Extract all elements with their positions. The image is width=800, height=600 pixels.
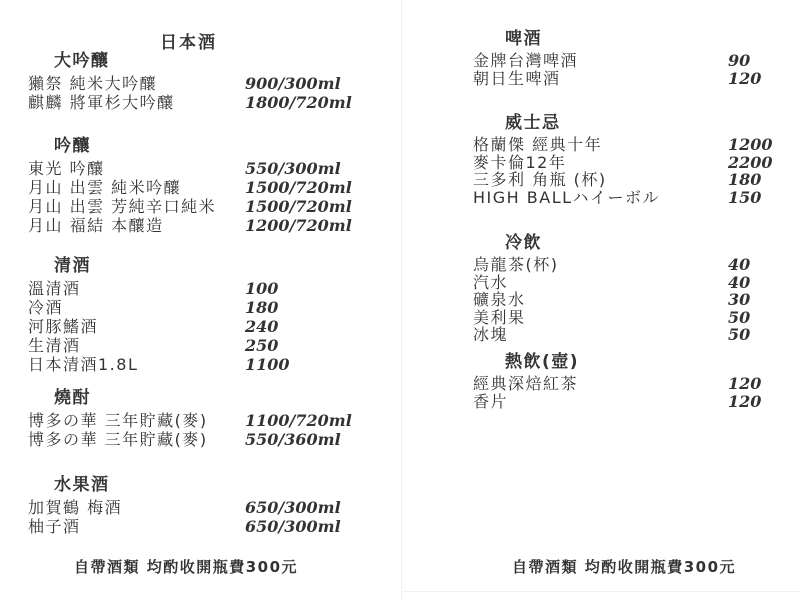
item-name: 月山 出雲 純米吟釀 — [28, 178, 181, 197]
menu-item-row: 東光 吟釀 550/300ml — [0, 159, 401, 178]
item-price: 1200 — [728, 136, 773, 154]
item-name: 日本清酒1.8L — [28, 355, 138, 374]
item-name: 金牌台灣啤酒 — [473, 52, 578, 70]
section-beer: 啤酒 金牌台灣啤酒 90 朝日生啤酒 120 — [401, 30, 800, 87]
item-name: 麥卡倫12年 — [473, 154, 566, 172]
item-name: 冷酒 — [28, 298, 63, 317]
menu-item-row: 格蘭傑 經典十年 1200 — [401, 136, 800, 154]
menu-item-row: 美利果 50 — [401, 309, 800, 327]
menu-item-row: 月山 福結 本釀造 1200/720ml — [0, 216, 401, 235]
item-price: 2200 — [728, 154, 773, 172]
menu-item-row: 博多の華 三年貯藏(麥) 550/360ml — [0, 430, 401, 449]
section-cold-drinks: 冷飲 烏龍茶(杯) 40 汽水 40 礦泉水 30 美利果 50 冰塊 50 — [401, 234, 800, 344]
item-price: 120 — [728, 393, 761, 411]
menu-item-row: 烏龍茶(杯) 40 — [401, 256, 800, 274]
item-price: 50 — [728, 326, 750, 344]
menu-item-row: 生清酒 250 — [0, 336, 401, 355]
item-price: 90 — [728, 52, 750, 70]
item-name: 經典深焙紅茶 — [473, 375, 578, 393]
item-price: 40 — [728, 256, 750, 274]
section-heading: 威士忌 — [505, 114, 800, 132]
section-heading: 燒酎 — [54, 389, 401, 407]
section-heading: 吟釀 — [54, 137, 401, 155]
item-name: 三多利 角瓶 (杯) — [473, 171, 607, 189]
menu-item-row: 獺祭 純米大吟釀 900/300ml — [0, 74, 401, 93]
section-heading: 大吟釀 — [54, 52, 401, 70]
menu-column-left: 日本酒 大吟釀 獺祭 純米大吟釀 900/300ml 麒麟 將軍杉大吟釀 180… — [0, 0, 401, 600]
item-price: 550/360ml — [245, 430, 341, 449]
section-items: 經典深焙紅茶 120 香片 120 — [401, 375, 800, 410]
item-name: 香片 — [473, 393, 508, 411]
item-price: 900/300ml — [245, 74, 341, 93]
item-name: 獺祭 純米大吟釀 — [28, 74, 157, 93]
section-seishu: 清酒 溫清酒 100 冷酒 180 河豚鰭酒 240 生清酒 250 日本清酒1… — [0, 257, 401, 374]
item-price: 550/300ml — [245, 159, 341, 178]
item-name: 汽水 — [473, 274, 508, 292]
section-items: 加賀鶴 梅酒 650/300ml 柚子酒 650/300ml — [0, 498, 401, 536]
item-price: 650/300ml — [245, 517, 341, 536]
item-price: 150 — [728, 189, 761, 207]
item-price: 30 — [728, 291, 750, 309]
item-price: 1200/720ml — [245, 216, 352, 235]
section-items: 金牌台灣啤酒 90 朝日生啤酒 120 — [401, 52, 800, 87]
item-name: 格蘭傑 經典十年 — [473, 136, 602, 154]
menu-column-right: 啤酒 金牌台灣啤酒 90 朝日生啤酒 120 威士忌 格蘭傑 經典十年 1200… — [401, 0, 800, 600]
menu-item-row: 經典深焙紅茶 120 — [401, 375, 800, 393]
corkage-notice-right: 自帶酒類 均酌收開瓶費300元 — [512, 556, 736, 578]
menu-item-row: 麒麟 將軍杉大吟釀 1800/720ml — [0, 93, 401, 112]
section-heading: 冷飲 — [505, 234, 800, 252]
item-name: HIGH BALLハイーボル — [473, 189, 660, 207]
item-price: 40 — [728, 274, 750, 292]
item-price: 240 — [245, 317, 278, 336]
item-price: 1500/720ml — [245, 178, 352, 197]
menu-item-row: 麥卡倫12年 2200 — [401, 154, 800, 172]
section-items: 溫清酒 100 冷酒 180 河豚鰭酒 240 生清酒 250 日本清酒1.8L… — [0, 279, 401, 374]
item-name: 河豚鰭酒 — [28, 317, 98, 336]
item-price: 1500/720ml — [245, 197, 352, 216]
item-name: 月山 出雲 芳純辛口純米 — [28, 197, 216, 216]
menu-item-row: 河豚鰭酒 240 — [0, 317, 401, 336]
item-name: 麒麟 將軍杉大吟釀 — [28, 93, 175, 112]
section-items: 烏龍茶(杯) 40 汽水 40 礦泉水 30 美利果 50 冰塊 50 — [401, 256, 800, 344]
item-name: 溫清酒 — [28, 279, 81, 298]
section-heading: 水果酒 — [54, 476, 401, 494]
item-price: 1100 — [245, 355, 290, 374]
item-price: 650/300ml — [245, 498, 341, 517]
item-name: 烏龍茶(杯) — [473, 256, 559, 274]
section-heading: 熱飲(壺) — [505, 353, 800, 371]
menu-item-row: 礦泉水 30 — [401, 291, 800, 309]
section-daiginjo: 大吟釀 獺祭 純米大吟釀 900/300ml 麒麟 將軍杉大吟釀 1800/72… — [0, 52, 401, 112]
item-name: 博多の華 三年貯藏(麥) — [28, 430, 208, 449]
item-price: 250 — [245, 336, 278, 355]
menu-item-row: 日本清酒1.8L 1100 — [0, 355, 401, 374]
item-price: 1100/720ml — [245, 411, 352, 430]
menu-item-row: 朝日生啤酒 120 — [401, 70, 800, 88]
menu-item-row: 金牌台灣啤酒 90 — [401, 52, 800, 70]
menu-item-row: 冰塊 50 — [401, 326, 800, 344]
menu-item-row: 柚子酒 650/300ml — [0, 517, 401, 536]
item-name: 博多の華 三年貯藏(麥) — [28, 411, 208, 430]
section-items: 格蘭傑 經典十年 1200 麥卡倫12年 2200 三多利 角瓶 (杯) 180… — [401, 136, 800, 206]
section-heading: 清酒 — [54, 257, 401, 275]
menu-item-row: 汽水 40 — [401, 274, 800, 292]
menu-item-row: 月山 出雲 芳純辛口純米 1500/720ml — [0, 197, 401, 216]
section-shochu: 燒酎 博多の華 三年貯藏(麥) 1100/720ml 博多の華 三年貯藏(麥) … — [0, 389, 401, 449]
section-ginjo: 吟釀 東光 吟釀 550/300ml 月山 出雲 純米吟釀 1500/720ml… — [0, 137, 401, 235]
item-name: 冰塊 — [473, 326, 508, 344]
menu-item-row: 冷酒 180 — [0, 298, 401, 317]
item-price: 120 — [728, 375, 761, 393]
menu-item-row: 加賀鶴 梅酒 650/300ml — [0, 498, 401, 517]
section-whisky: 威士忌 格蘭傑 經典十年 1200 麥卡倫12年 2200 三多利 角瓶 (杯)… — [401, 114, 800, 206]
item-price: 180 — [245, 298, 278, 317]
item-name: 朝日生啤酒 — [473, 70, 561, 88]
item-name: 生清酒 — [28, 336, 81, 355]
item-name: 加賀鶴 梅酒 — [28, 498, 122, 517]
item-price: 50 — [728, 309, 750, 327]
page-title-sake: 日本酒 — [160, 28, 217, 53]
item-price: 100 — [245, 279, 278, 298]
menu-item-row: 溫清酒 100 — [0, 279, 401, 298]
menu-item-row: 月山 出雲 純米吟釀 1500/720ml — [0, 178, 401, 197]
section-heading: 啤酒 — [505, 30, 800, 48]
item-name: 礦泉水 — [473, 291, 526, 309]
item-name: 東光 吟釀 — [28, 159, 105, 178]
corkage-notice-left: 自帶酒類 均酌收開瓶費300元 — [74, 556, 298, 578]
menu-item-row: 博多の華 三年貯藏(麥) 1100/720ml — [0, 411, 401, 430]
section-items: 獺祭 純米大吟釀 900/300ml 麒麟 將軍杉大吟釀 1800/720ml — [0, 74, 401, 112]
item-name: 月山 福結 本釀造 — [28, 216, 164, 235]
item-price: 180 — [728, 171, 761, 189]
menu-item-row: 香片 120 — [401, 393, 800, 411]
item-price: 1800/720ml — [245, 93, 352, 112]
menu-item-row: 三多利 角瓶 (杯) 180 — [401, 171, 800, 189]
menu-item-row: HIGH BALLハイーボル 150 — [401, 189, 800, 207]
section-fruit-wine: 水果酒 加賀鶴 梅酒 650/300ml 柚子酒 650/300ml — [0, 476, 401, 536]
item-price: 120 — [728, 70, 761, 88]
section-hot-drinks: 熱飲(壺) 經典深焙紅茶 120 香片 120 — [401, 353, 800, 410]
item-name: 柚子酒 — [28, 517, 81, 536]
item-name: 美利果 — [473, 309, 526, 327]
section-items: 博多の華 三年貯藏(麥) 1100/720ml 博多の華 三年貯藏(麥) 550… — [0, 411, 401, 449]
section-items: 東光 吟釀 550/300ml 月山 出雲 純米吟釀 1500/720ml 月山… — [0, 159, 401, 235]
